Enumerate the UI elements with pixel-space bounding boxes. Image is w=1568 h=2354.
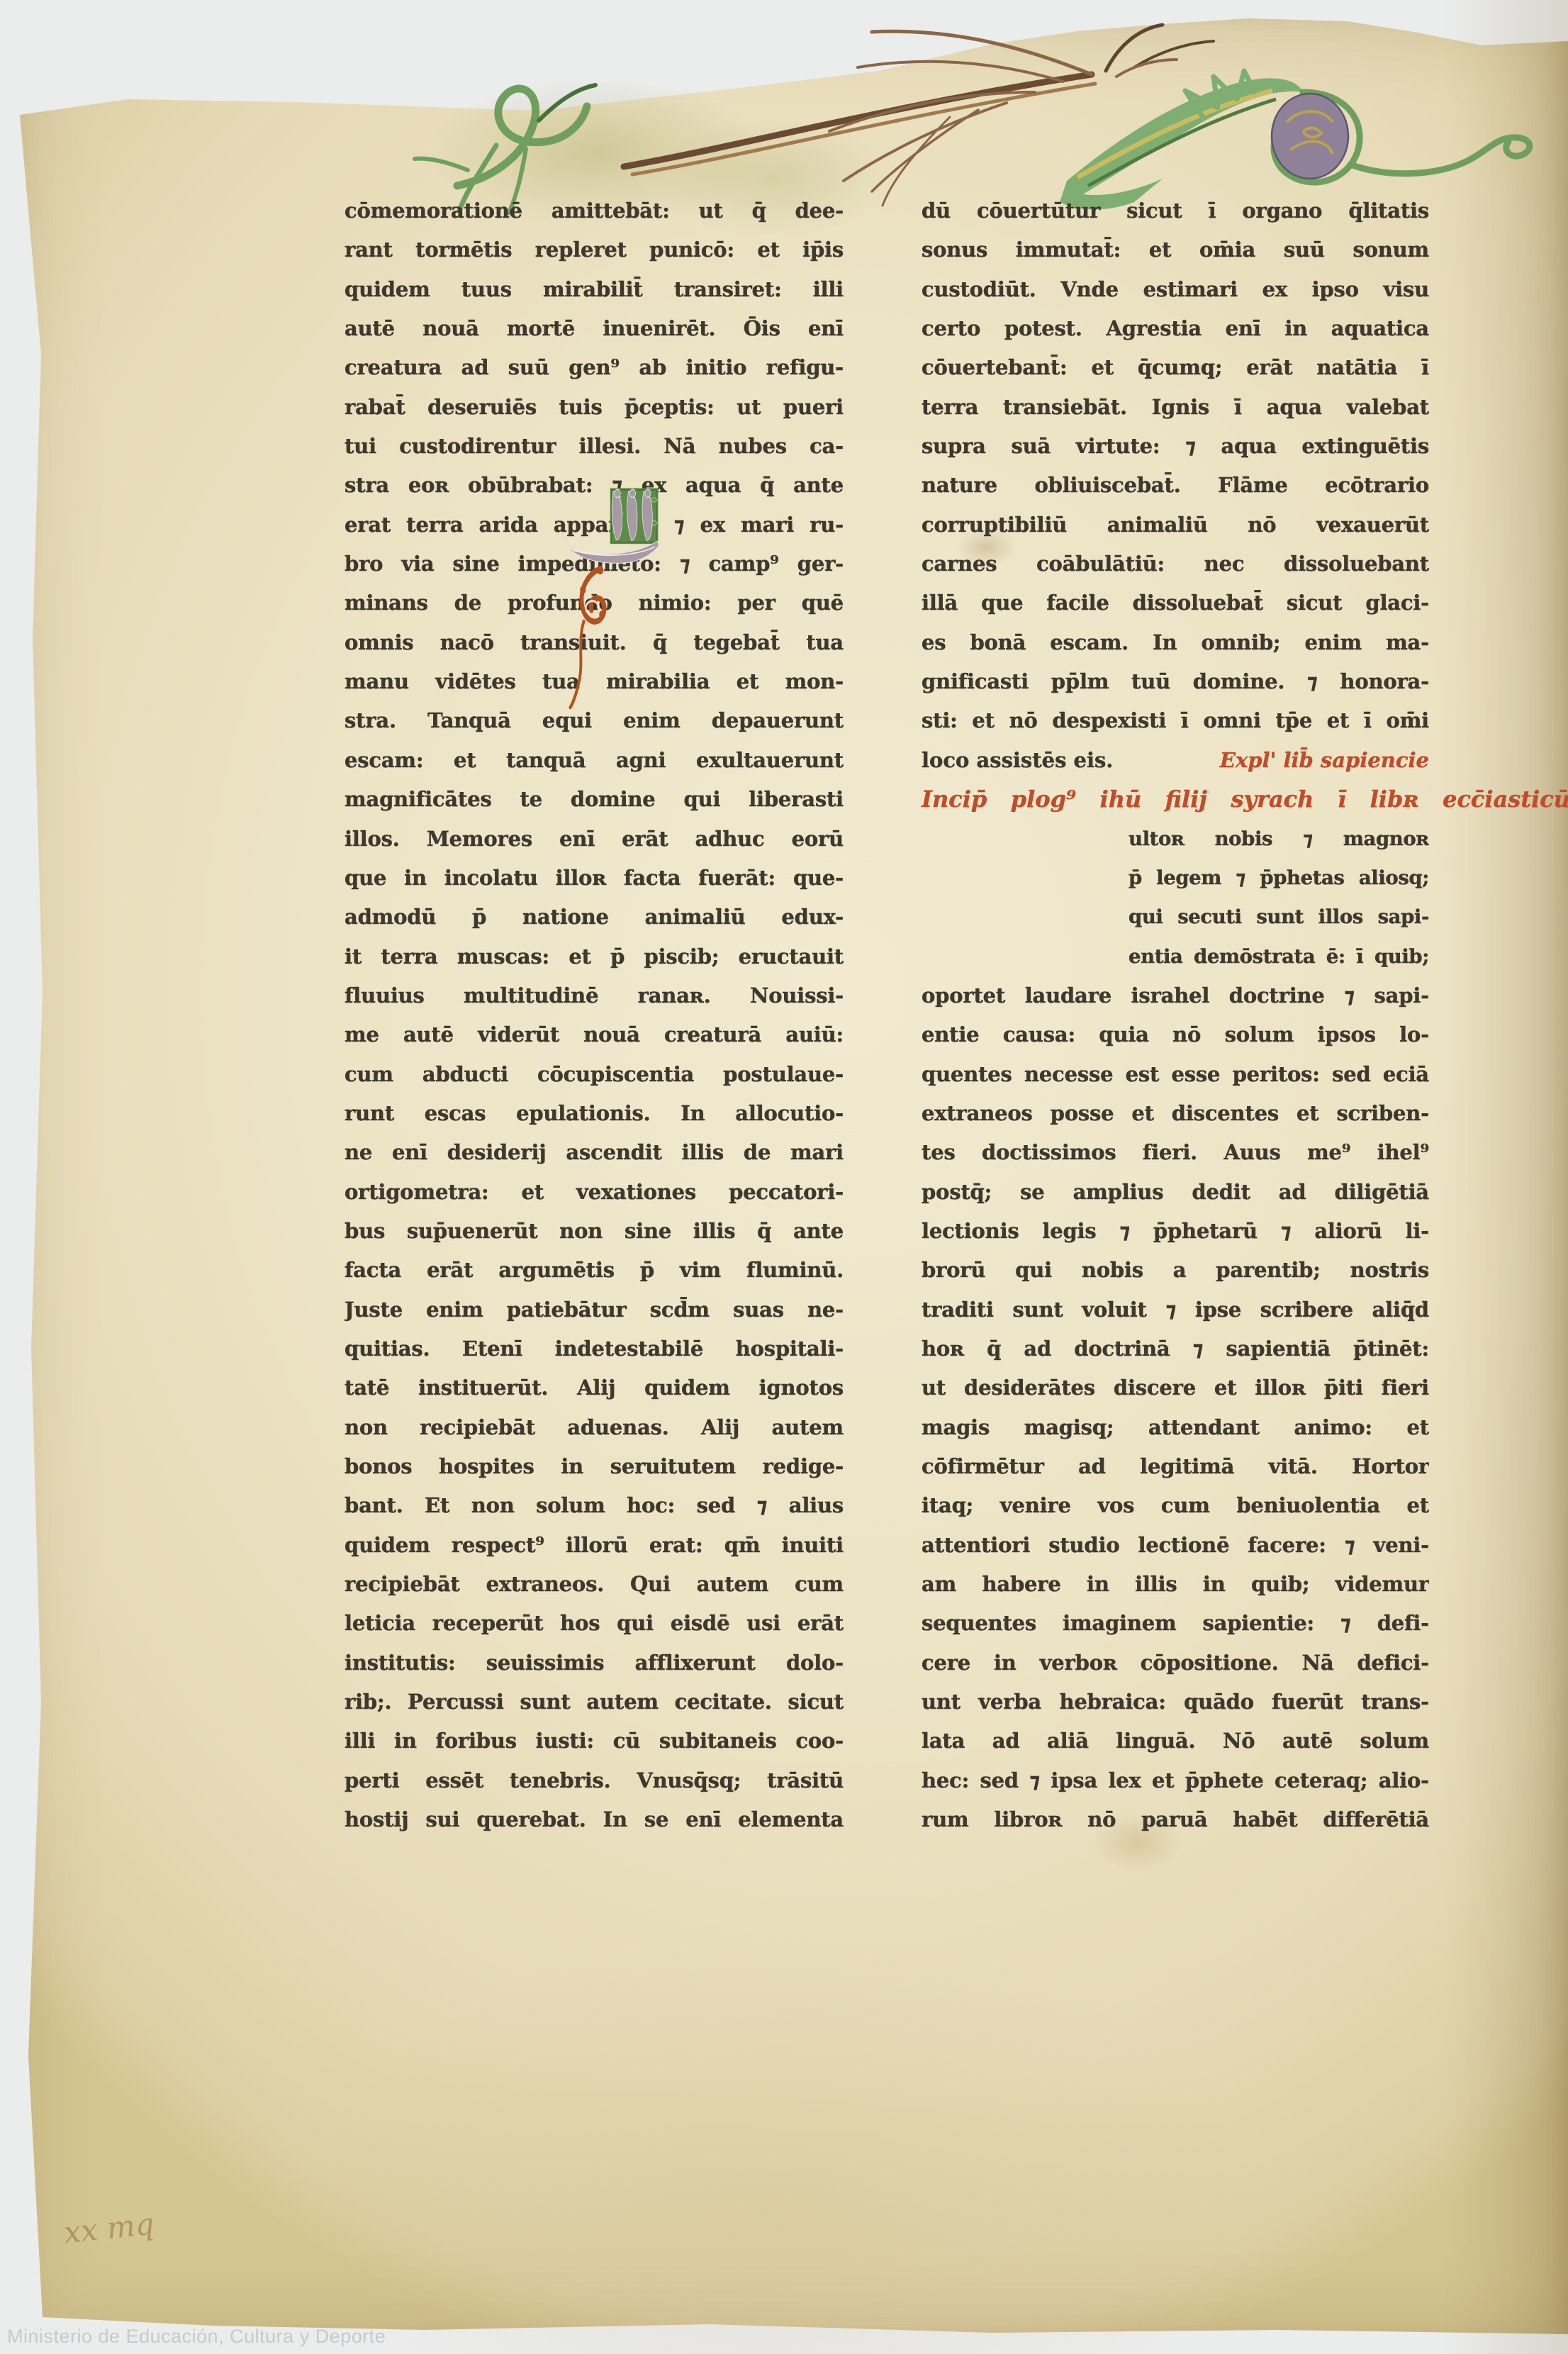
text-line: runt escas epulationis. In allocutio- <box>345 1094 844 1133</box>
text-line: facta erāt argumētis p̄ vim fluminū. <box>345 1251 844 1290</box>
text-line: creatura ad suū gen⁹ ab initio refigu- <box>345 348 844 387</box>
text-line: que in incolatu illoʀ facta fuerāt: que- <box>345 859 844 898</box>
text-line: tatē instituerūt. Alij quidem ignotos <box>345 1368 844 1407</box>
text-line: rum libroʀ nō paruā habēt differētiā <box>922 1800 1429 1839</box>
text-line: ne enī desiderij ascendit illis de mari <box>345 1133 844 1172</box>
text-line: hostij sui querebat. In se enī elementa <box>345 1800 844 1839</box>
text-line: bant. Et non solum hoc: sed ⁊ alius <box>345 1486 844 1525</box>
text-line: minans de profundo nimio: per quē <box>345 584 844 623</box>
text-line: tui custodirentur illesi. Nā nubes ca- <box>345 427 844 466</box>
text-line: institutis: seuissimis afflixerunt dolo- <box>345 1644 844 1683</box>
right-column-body: dū cōuertūtur sicut ī organo q̄litatisso… <box>922 191 1429 741</box>
text-line: manu vidētes tua mirabilia et mon- <box>345 662 844 701</box>
text-line: carnes coābulātiū: nec dissoluebant <box>922 545 1429 584</box>
text-line: magnificātes te domine qui liberasti <box>345 780 844 819</box>
text-line: leticia receperūt hos qui eisdē usi erāt <box>345 1604 844 1643</box>
right-text-column: dū cōuertūtur sicut ī organo q̄litatisso… <box>922 191 1429 1839</box>
text-line: illi in foribus iusti: cū subitaneis coo… <box>345 1722 844 1761</box>
prologue-opening: ultoʀ nobis ⁊ magnoʀp̄ legem ⁊ p̄phetas … <box>922 820 1429 976</box>
poppy-seed-head <box>1272 94 1348 179</box>
text-line: gnificasti pp̄lm tuū domine. ⁊ honora- <box>922 662 1429 701</box>
text-line: bro via sine impedimēto: ⁊ camp⁹ ger- <box>345 545 844 584</box>
text-line: recipiebāt extraneos. Qui autem cum <box>345 1565 844 1604</box>
text-line: unt verba hebraica: quādo fuerūt trans- <box>922 1683 1429 1722</box>
left-text-column: cōmemorationē amittebāt: ut q̄ dee-rant … <box>345 191 844 1839</box>
text-line: fluuius multitudinē ranaʀ. Nouissi- <box>345 976 844 1015</box>
text-line: entia demōstrata ē: ī quib; <box>1129 937 1429 976</box>
text-line: escam: et tanquā agni exultauerunt <box>345 741 844 780</box>
text-line: autē nouā mortē inuenirēt. Ōis enī <box>345 309 844 348</box>
text-line: cere in verboʀ cōpositione. Nā defici- <box>922 1644 1429 1683</box>
acanthus-leaf-ornament <box>1060 71 1303 210</box>
text-line: sequentes imaginem sapientie: ⁊ defi- <box>922 1604 1429 1643</box>
incipit-rubric: Incip̄ plog⁹ ihū filij syrach ī libʀ ecc… <box>922 780 1568 819</box>
text-line: sti: et nō despexisti ī omni tp̄e et ī o… <box>922 701 1429 740</box>
text-line: am habere in illis in quib; videmur <box>922 1565 1429 1604</box>
text-line: quidem tuus mirabilit̄ transiret: illi <box>345 270 844 309</box>
text-line: ultoʀ nobis ⁊ magnoʀ <box>1129 820 1429 859</box>
text-line: it terra muscas: et p̄ piscib; eructauit <box>345 937 844 976</box>
text-line: rant tormētis repleret punicō: et ip̄is <box>345 230 844 269</box>
text-line: rabat̄ deseruiēs tuis p̄ceptis: ut pueri <box>345 388 844 427</box>
illuminated-initial-M <box>805 817 1145 1384</box>
text-line: es bonā escam. In omnib; enim ma- <box>922 623 1429 662</box>
feather-frond-ornament <box>624 25 1214 206</box>
text-line: cum abducti cōcupiscentia postulaue- <box>345 1055 844 1094</box>
explicit-line: loco assistēs eis. Expl' lib̄ sapiencie <box>922 741 1429 780</box>
text-line: quitias. Etenī indetestabilē hospitali- <box>345 1329 844 1368</box>
text-line: supra suā virtute: ⁊ aqua extinguētis <box>922 427 1429 466</box>
text-line: stra eoʀ obūbrabat: ⁊ ex aqua q̄ ante <box>345 466 844 505</box>
text-line: itaq; venire vos cum beniuolentia et <box>922 1486 1429 1525</box>
text-line: nature obliuiscebat̄. Flāme ecōtrario <box>922 466 1429 505</box>
text-line: omnis nacō transiuit. q̄ tegebat̄ tua <box>345 623 844 662</box>
text-line: hec: sed ⁊ ipsa lex et p̄phete ceteraq; … <box>922 1761 1429 1800</box>
text-line: quidem respect⁹ illorū erat: qm̄ inuiti <box>345 1526 844 1565</box>
text-line: illos. Memores enī erāt adhuc eorū <box>345 820 844 859</box>
text-line: illā que facile dissoluebat̄ sicut glaci… <box>922 584 1429 623</box>
text-line: sonus immutat̄: et om̄ia suū sonum <box>922 230 1429 269</box>
text-line: dū cōuertūtur sicut ī organo q̄litatis <box>922 191 1429 230</box>
text-line: magis magisq; attendant animo: et <box>922 1408 1429 1447</box>
text-line: certo potest. Agrestia enī in aquatica <box>922 309 1429 348</box>
text-line: perti essēt tenebris. Vnusq̄sq; trāsitū <box>345 1761 844 1800</box>
scanned-page: cōmemorationē amittebāt: ut q̄ dee-rant … <box>0 0 1568 2354</box>
text-line: lata ad aliā linguā. Nō autē solum <box>922 1722 1429 1761</box>
text-line: stra. Tanquā equi enim depauerunt <box>345 701 844 740</box>
text-line: custodiūt. Vnde estimari ex ipso visu <box>922 270 1429 309</box>
text-line: attentiori studio lectionē facere: ⁊ ven… <box>922 1526 1429 1565</box>
text-line: erat terra arida apparuit: ⁊ ex mari ru- <box>345 506 844 545</box>
text-line: bus sup̄uenerūt non sine illis q̄ ante <box>345 1212 844 1251</box>
text-line: me autē viderūt nouā creaturā auiū: <box>345 1015 844 1054</box>
explicit-rubric: Expl' lib̄ sapiencie <box>1220 741 1429 780</box>
text-line: cōfirmētur ad legitimā vitā. Hortor <box>922 1447 1429 1486</box>
text-line: corruptibiliū animaliū nō vexauerūt <box>922 506 1429 545</box>
explicit-black-text: loco assistēs eis. <box>922 741 1113 780</box>
watermark: Ministerio de Educación, Cultura y Depor… <box>7 2326 386 2348</box>
text-line: admodū p̄ natione animaliū edux- <box>345 898 844 937</box>
text-line: non recipiebāt aduenas. Alij autem <box>345 1408 844 1447</box>
text-line: terra transiebāt. Ignis ī aqua valebat <box>922 388 1429 427</box>
text-line: p̄ legem ⁊ p̄phetas aliosq; <box>1129 859 1429 898</box>
text-line: bonos hospites in seruitutem redige- <box>345 1447 844 1486</box>
text-line: Juste enim patiebātur scd̄m suas ne- <box>345 1290 844 1329</box>
text-line: ortigometra: et vexationes peccatori- <box>345 1173 844 1212</box>
text-line: cōmemorationē amittebāt: ut q̄ dee- <box>345 191 844 230</box>
text-line: cōuertebant̄: et q̄cumq; erāt natātia ī <box>922 348 1429 387</box>
text-line: rib;. Percussi sunt autem cecitate. sicu… <box>345 1683 844 1722</box>
text-line: qui secuti sunt illos sapi- <box>1129 898 1429 937</box>
